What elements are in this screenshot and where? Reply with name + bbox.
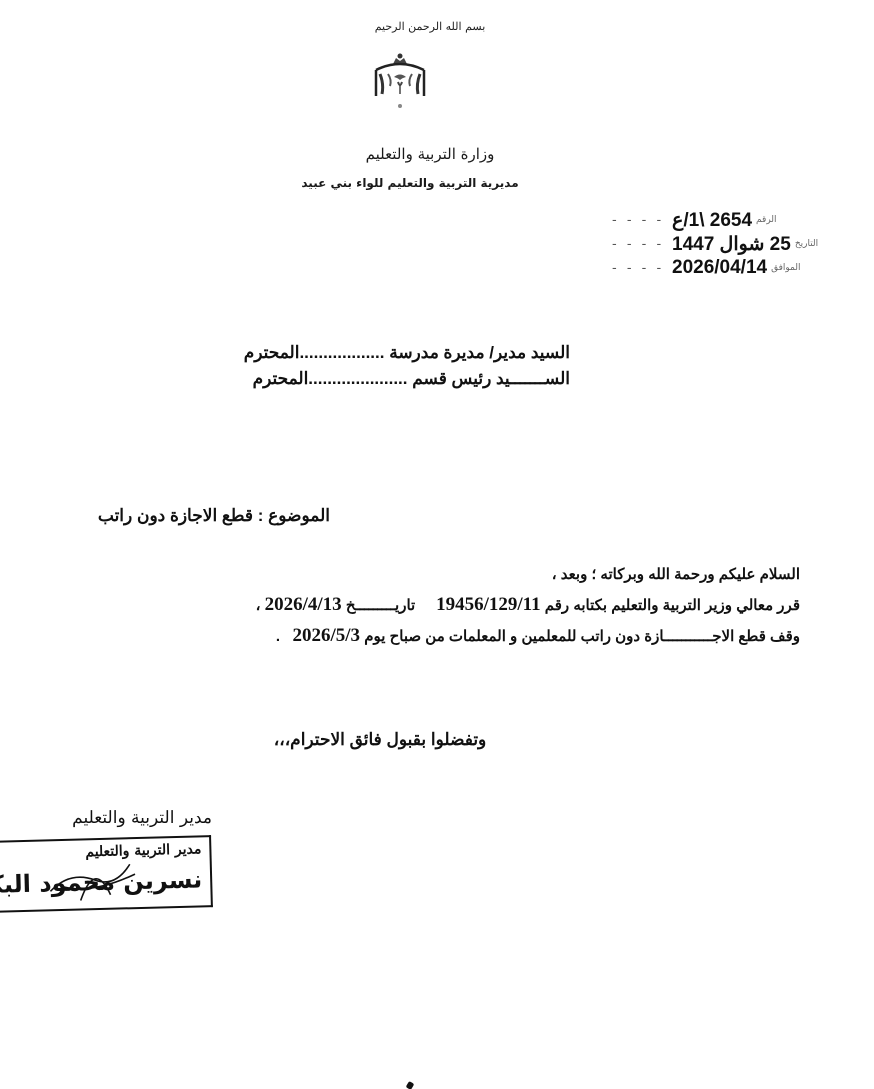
body-line-effective: وقف قطع الاجـــــــــــازة دون راتب للمع… [0, 621, 800, 652]
letter-body: السلام عليكم ورحمة الله وبركاته ؛ وبعد ،… [0, 560, 800, 652]
hijri-date-row: - - - - 25 شوال 1447 التاريخ [612, 232, 872, 256]
directorate-name: مديرية التربية والتعليم للواء بني عبيد [260, 176, 560, 190]
letter-date: 2026/4/13 [265, 594, 342, 615]
hijri-date-label: التاريخ [795, 239, 818, 249]
gregorian-date-row: - - - - 2026/04/14 الموافق [612, 256, 872, 280]
dashes: - - - - [612, 237, 672, 252]
signatory-title: مدير التربية والتعليم [0, 808, 212, 828]
addressee-department-head: الســـــــيد رئيس قسم ..................… [120, 366, 570, 392]
addressees: السيد مدير/ مديرة مدرسة ................… [120, 340, 570, 392]
dashes: - - - - [612, 261, 672, 276]
subject-line: الموضوع : قطع الاجازة دون راتب [0, 506, 330, 526]
greeting: السلام عليكم ورحمة الله وبركاته ؛ وبعد ، [0, 560, 800, 590]
reference-block: - - - - 2654 \1/ع الرقم - - - - 25 شوال … [612, 208, 872, 280]
hijri-date-value: 25 شوال 1447 [672, 233, 791, 256]
date-word: تاريـــــــــخ [346, 597, 415, 614]
effective-text: وقف قطع الاجـــــــــــازة دون راتب للمع… [364, 628, 800, 645]
dashes: - - - - [612, 213, 672, 228]
letter-number: 19456/129/11 [436, 594, 541, 615]
line-end-period: . [276, 628, 280, 645]
effective-date: 2026/5/3 [293, 625, 361, 646]
official-stamp: مدير التربية والتعليم نسرين محمود البكار [0, 835, 213, 913]
reference-number-row: - - - - 2654 \1/ع الرقم [612, 208, 872, 232]
decision-text: قرر معالي وزير التربية والتعليم بكتابه ر… [545, 597, 800, 614]
line-end-comma: ، [256, 597, 261, 614]
handwritten-signature-icon [39, 849, 151, 912]
gregorian-date-value: 2026/04/14 [672, 257, 767, 279]
ink-mark [406, 1081, 415, 1089]
closing-salutation: وتفضلوا بقبول فائق الاحترام،،، [200, 730, 560, 750]
reference-number-value: 2654 \1/ع [672, 209, 752, 232]
ministry-name: وزارة التربية والتعليم [300, 145, 560, 163]
royal-emblem-icon [368, 50, 432, 112]
basmala: بسم الله الرحمن الرحيم [330, 20, 530, 33]
gregorian-date-label: الموافق [771, 263, 800, 273]
reference-number-label: الرقم [756, 215, 777, 225]
body-line-decision: قرر معالي وزير التربية والتعليم بكتابه ر… [0, 590, 800, 621]
addressee-school-principal: السيد مدير/ مديرة مدرسة ................… [120, 340, 570, 366]
